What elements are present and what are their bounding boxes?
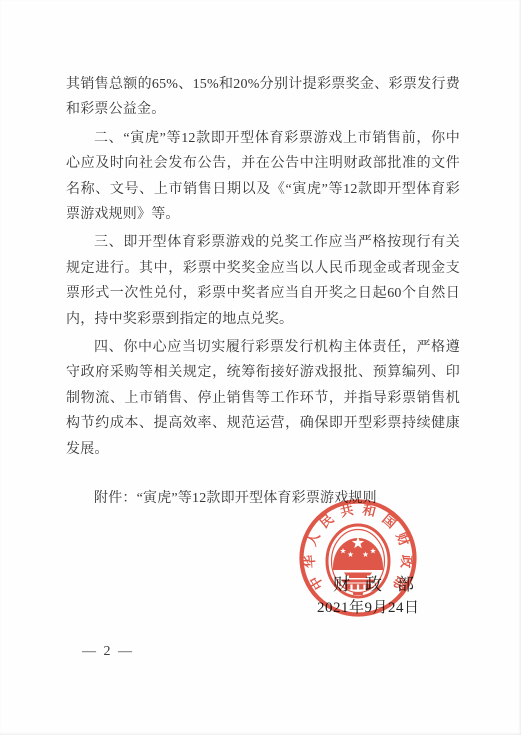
svg-text:中: 中 bbox=[306, 573, 327, 593]
svg-text:国: 国 bbox=[379, 510, 399, 531]
svg-text:民: 民 bbox=[317, 511, 337, 531]
svg-text:华: 华 bbox=[301, 554, 318, 568]
document-body: 其销售总额的65%、15%和20%分别计提彩票奖金、彩票发行费和彩票公益金。 二… bbox=[66, 72, 460, 512]
attachment-line: 附件：“寅虎”等12款即开型体育彩票游戏规则 bbox=[66, 486, 460, 511]
svg-text:人: 人 bbox=[304, 530, 323, 549]
signature-date: 2021年9月24日 bbox=[317, 596, 420, 617]
paragraph-continuation: 其销售总额的65%、15%和20%分别计提彩票奖金、彩票发行费和彩票公益金。 bbox=[66, 72, 460, 123]
page-number: — 2 — bbox=[82, 644, 134, 660]
signature-agency: 财政部 bbox=[333, 570, 429, 595]
svg-text:政: 政 bbox=[398, 554, 415, 569]
scanned-document-page: 其销售总额的65%、15%和20%分别计提彩票奖金、彩票发行费和彩票公益金。 二… bbox=[0, 0, 521, 735]
svg-text:财: 财 bbox=[393, 530, 413, 549]
paragraph-item-2: 二、“寅虎”等12款即开型体育彩票游戏上市销售前，你中心应及时向社会发布公告，并… bbox=[66, 126, 460, 228]
paragraph-item-4: 四、你中心应当切实履行彩票发行机构主体责任，严格遵守政府采购等相关规定，统筹衔接… bbox=[66, 335, 460, 462]
paragraph-item-3: 三、即开型体育彩票游戏的兑奖工作应当严格按现行有关规定进行。其中，彩票中奖奖金应… bbox=[66, 230, 460, 332]
